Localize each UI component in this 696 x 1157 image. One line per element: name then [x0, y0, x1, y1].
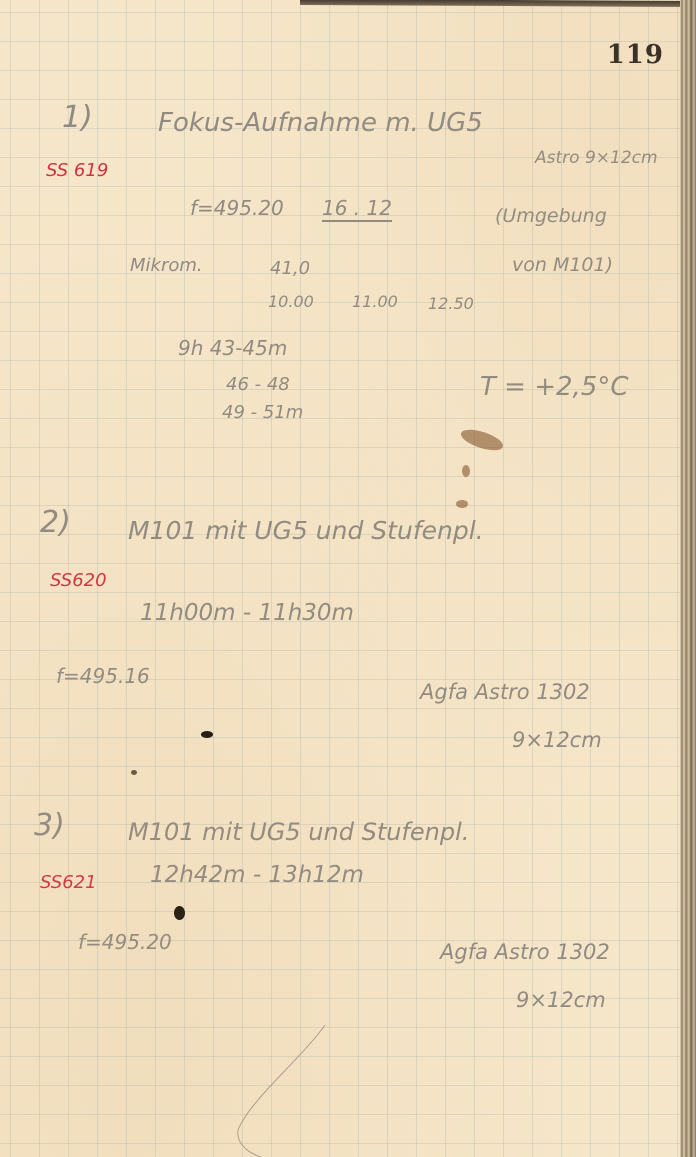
entry-3-title: M101 mit UG5 und Stufenpl. — [128, 818, 469, 846]
entry-1-focus-value: 12.50 — [428, 294, 474, 313]
entry-1-note-line2: von M101) — [512, 254, 613, 276]
entry-1-focus: f=495.20 — [190, 196, 284, 220]
entry-1-plate-type: Astro 9×12cm — [535, 148, 658, 168]
entry-1-micrometer-label: Mikrom. — [130, 255, 203, 276]
entry-1-plate-id: SS 619 — [46, 160, 108, 181]
entry-3-plate-type-line2: 9×12cm — [516, 988, 606, 1012]
ink-spot — [174, 906, 185, 920]
entry-2-index: 2) — [40, 505, 71, 540]
ink-spot — [201, 731, 213, 738]
entry-3-plate-type-line1: Agfa Astro 1302 — [440, 940, 610, 964]
ink-stain — [462, 465, 470, 477]
entry-1-focus-value: 11.00 — [352, 292, 398, 311]
ink-stain — [456, 500, 468, 508]
ink-spot — [131, 770, 137, 775]
entry-1-temperature: T = +2,5°C — [480, 372, 628, 402]
pencil-stroke — [230, 1020, 350, 1157]
entry-3-plate-id: SS621 — [40, 872, 97, 893]
entry-1-focus-value: 10.00 — [268, 292, 314, 311]
entry-1-micrometer-value: 41,0 — [270, 258, 310, 279]
entry-1-date: 16 . 12 — [322, 196, 392, 222]
entry-3-index: 3) — [34, 808, 65, 843]
entry-1-exposure: 49 - 51m — [222, 402, 303, 423]
entry-1-title: Fokus-Aufnahme m. UG5 — [158, 108, 483, 138]
entry-1-exposure: 9h 43-45m — [178, 336, 287, 360]
entry-1-note-line1: (Umgebung — [495, 205, 607, 227]
entry-2-focus: f=495.16 — [56, 664, 150, 688]
entry-2-time-range: 11h00m - 11h30m — [140, 600, 354, 626]
entry-1-exposure: 46 - 48 — [226, 374, 290, 395]
entry-3-focus: f=495.20 — [78, 930, 172, 954]
entry-2-plate-type-line1: Agfa Astro 1302 — [420, 680, 590, 704]
notebook-spine — [680, 0, 696, 1157]
ink-stain — [459, 426, 506, 455]
entry-2-title: M101 mit UG5 und Stufenpl. — [128, 516, 484, 545]
notebook-page: 119 1) Fokus-Aufnahme m. UG5 Astro 9×12c… — [0, 0, 680, 1157]
page-number: 119 — [607, 40, 664, 70]
entry-3-time-range: 12h42m - 13h12m — [150, 862, 364, 888]
entry-1-index: 1) — [62, 100, 93, 135]
page-top-edge — [300, 0, 696, 7]
entry-2-plate-id: SS620 — [50, 570, 107, 591]
entry-2-plate-type-line2: 9×12cm — [512, 728, 602, 752]
